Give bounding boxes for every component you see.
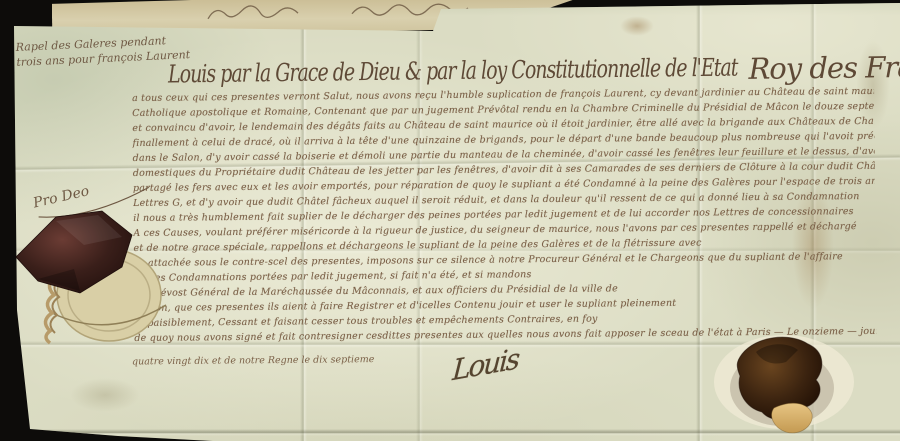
royal-signature: Louis xyxy=(451,342,519,388)
parchment-stain xyxy=(620,16,654,36)
royal-title-main: Louis par la Grace de Dieu & par la loy … xyxy=(168,53,738,89)
margin-note: Rapel des Galeres pendant trois ans pour… xyxy=(15,32,190,70)
manuscript-photo: Rapel des Galeres pendant trois ans pour… xyxy=(0,0,900,441)
applied-wax-seal-icon xyxy=(712,332,860,441)
body-text: a tous ceux qui ces presentes verront Sa… xyxy=(132,84,876,346)
royal-title-style: Roy des François xyxy=(748,49,900,86)
parchment-stain xyxy=(70,378,140,412)
closing-line: quatre vingt dix et de notre Regne le di… xyxy=(132,354,432,368)
pendant-wax-seal-icon xyxy=(4,205,174,345)
